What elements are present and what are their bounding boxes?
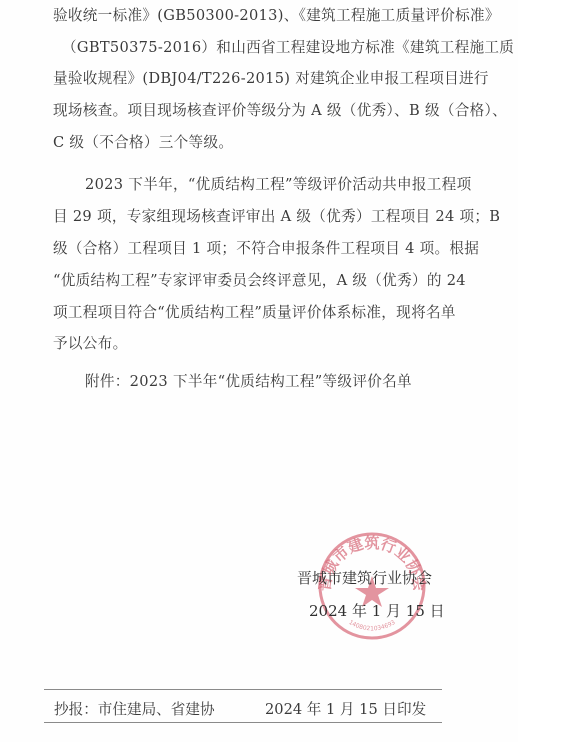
footer-top-rule xyxy=(44,689,442,690)
paragraph-2-line-5: 项工程项目符合“优质结构工程”质量评价体系标准，现将名单 xyxy=(53,303,456,323)
paragraph-2-line-3: 级（合格）工程项目 1 项；不符合申报条件工程项目 4 项。根据 xyxy=(53,239,479,259)
paragraph-2-line-1: 2023 下半年，“优质结构工程”等级评价活动共申报工程项 xyxy=(85,175,471,195)
attachment-line: 附件：2023 下半年“优质结构工程”等级评价名单 xyxy=(85,372,412,392)
paragraph-2-line-4: “优质结构工程”专家评审委员会终评意见，A 级（优秀）的 24 xyxy=(53,271,466,291)
margin-strip xyxy=(518,0,578,742)
signature-date: 2024 年 1 月 15 日 xyxy=(309,600,445,621)
paragraph-1-line-1: 验收统一标准》(GB50300-2013)、《建筑工程施工质量评价标准》 xyxy=(53,6,500,26)
paragraph-1-line-4: 现场核查。项目现场核查评价等级分为 A 级（优秀）、B 级（合格）、 xyxy=(53,101,507,121)
paragraph-2-line-6: 予以公布。 xyxy=(53,334,127,354)
paragraph-1-line-5: C 级（不合格）三个等级。 xyxy=(53,133,233,153)
paragraph-2-line-2: 目 29 项，专家组现场核查评审出 A 级（优秀）工程项目 24 项；B xyxy=(53,207,500,227)
document-page: 验收统一标准》(GB50300-2013)、《建筑工程施工质量评价标准》 （GB… xyxy=(0,0,518,742)
footer-cc: 抄报：市住建局、省建协 xyxy=(54,698,215,719)
footer-issued-date: 2024 年 1 月 15 日印发 xyxy=(265,698,426,719)
paragraph-1-line-2: （GBT50375-2016）和山西省工程建设地方标准《建筑工程施工质 xyxy=(62,38,514,58)
footer-bottom-rule xyxy=(44,722,442,723)
signature-organization: 晋城市建筑行业协会 xyxy=(297,567,432,588)
paragraph-1-line-3: 量验收规程》(DBJ04/T226-2015) 对建筑企业申报工程项目进行 xyxy=(53,69,489,89)
